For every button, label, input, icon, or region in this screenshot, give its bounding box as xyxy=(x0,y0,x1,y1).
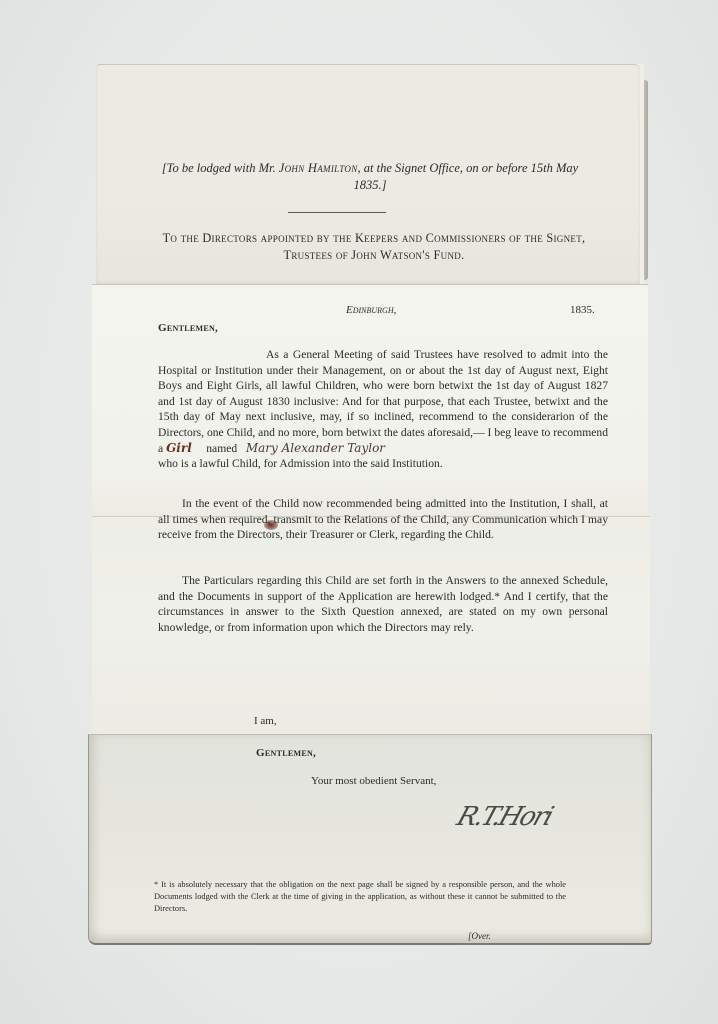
closing-gentlemen: Gentlemen, xyxy=(256,746,316,762)
separator-rule xyxy=(288,212,386,213)
place-name: Edinburgh, xyxy=(346,304,396,316)
lodging-text-start: [To be lodged with Mr. xyxy=(162,161,279,175)
place-date-line: Edinburgh, 1835. xyxy=(346,303,608,319)
named-label: named xyxy=(206,442,237,455)
lodging-name: John Hamilton xyxy=(279,161,358,175)
date-year: 1835. xyxy=(570,303,595,319)
handwritten-child-name: Mary Alexander Taylor xyxy=(246,441,385,455)
paragraph-recommendation: As a General Meeting of said Trustees ha… xyxy=(158,347,608,472)
handwritten-gender: Girl xyxy=(166,441,192,455)
closing-servant: Your most obedient Servant, xyxy=(311,774,436,790)
closing-i-am: I am, xyxy=(254,714,277,730)
footnote: * It is absolutely necessary that the ob… xyxy=(154,879,566,914)
paragraph-1-text: As a General Meeting of said Trustees ha… xyxy=(158,348,608,455)
addressee-line: To the Directors appointed by the Keeper… xyxy=(154,230,594,264)
paragraph-particulars: The Particulars regarding this Child are… xyxy=(158,573,608,635)
lodging-text-end: , at the Signet Office, on or before 15t… xyxy=(354,161,579,192)
over-marker: [Over. xyxy=(468,929,491,945)
document-sheet: [To be lodged with Mr. John Hamilton, at… xyxy=(96,64,644,944)
paragraph-1-continuation: who is a lawful Child, for Admission int… xyxy=(158,457,443,470)
lodging-instruction: [To be lodged with Mr. John Hamilton, at… xyxy=(160,160,580,194)
paragraph-communication: In the event of the Child now recommende… xyxy=(158,496,608,543)
handwritten-signature: R.T.Hori xyxy=(453,802,555,832)
salutation: Gentlemen, xyxy=(158,321,218,337)
